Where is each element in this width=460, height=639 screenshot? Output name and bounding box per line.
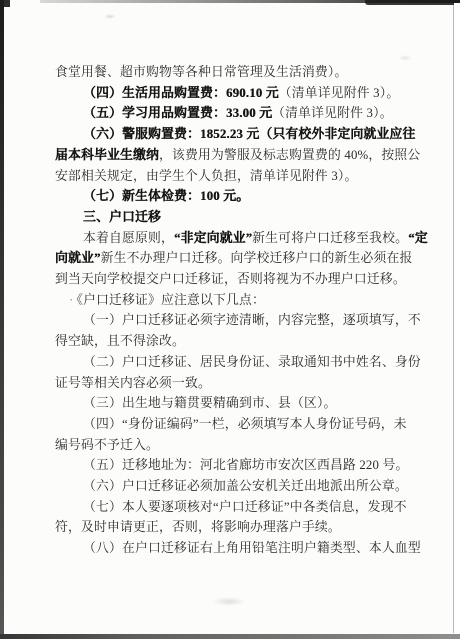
document-line: （五）迁移地址为：河北省廊坊市安次区西昌路 220 号。 [55,455,441,476]
text-segment: 三、户口迁移 [83,210,161,224]
text-segment: 安部相关规定，由学生个人负担，清单详见附件 3）。 [55,169,358,183]
scan-fold-line-right [453,5,454,633]
document-line: （八）在户口迁移证右上角用铅笔注明户籍类型、本人血型 [55,538,441,559]
document-line: （四）生活用品购置费：690.10 元（清单详见附件 3）。 [55,83,441,104]
scan-smudge [398,55,412,61]
text-segment: ，该费用为警服及标志购置费的 40%，按照公 [159,148,420,162]
document-line: 编号码不予迁入。 [55,435,441,456]
text-segment: （六）警服购置费：1852.23 元（只有校外非定向就业应往 [83,127,415,141]
document-line: 向就业”新生不办理户口迁移。向学校迁移户口的新生必须在报 [55,248,441,269]
document-line: 证号等相关内容必须一致。 [55,373,441,394]
text-segment: （清单详见附件 3）。 [279,86,400,100]
document-line: ·《户口迁移证》应注意以下几点： [55,290,441,311]
document-line: 本着自愿原则，“非定向就业”新生可将户口迁移至我校。“定 [55,228,441,249]
text-segment: （五）迁移地址为：河北省廊坊市安次区西昌路 220 号。 [83,458,409,472]
text-segment: （清单详见附件 3）。 [272,106,393,120]
document-line: （六）户口迁移证必须加盖公安机关迁出地派出所公章。 [55,476,441,497]
text-segment: 《户口迁移证》应注意以下几点： [76,293,265,307]
text-segment: （一）户口迁移证必须字迹清晰，内容完整，逐项填写，不 [83,313,421,327]
text-segment: （二）户口迁移证、居民身份证、录取通知书中姓名、身份 [83,355,421,369]
text-segment: （四）生活用品购置费：690.10 元 [83,86,279,100]
text-segment: 新生可将户口迁移至我校。 [252,231,408,245]
scan-smudge [104,14,116,19]
text-segment: “非定向就业” [174,231,252,245]
text-segment: 编号码不予迁入。 [55,438,159,452]
document-line: （七）新生体检费：100 元。 [55,186,441,207]
document-line: 三、户口迁移 [55,207,441,228]
document-line: （五）学习用品购置费：33.00 元（清单详见附件 3）。 [55,103,441,124]
document-line: 届本科毕业生缴纳，该费用为警服及标志购置费的 40%，按照公 [55,145,441,166]
text-segment: · [69,293,73,307]
document-line: （二）户口迁移证、居民身份证、录取通知书中姓名、身份 [55,352,441,373]
text-segment: 符，及时申请更正，否则，将影响办理落户手续。 [55,520,341,534]
document-line: （七）本人要逐项核对“户口迁移证”中各类信息，发现不 [55,497,441,518]
document-line: （三）出生地与籍贯要精确到市、县（区）。 [55,393,441,414]
text-segment: 新生不办理户口迁移。向学校迁移户口的新生必须在报 [101,251,413,265]
text-segment: 届本科毕业生缴纳 [55,148,159,162]
text-segment: （六）户口迁移证必须加盖公安机关迁出地派出所公章。 [83,479,408,493]
document-line: （一）户口迁移证必须字迹清晰，内容完整，逐项填写，不 [55,310,441,331]
document-line: 到当天向学校提交户口迁移证，否则将视为不办理户口迁移。 [55,269,441,290]
document-line: 食堂用餐、超市购物等各种日常管理及生活消费）。 [55,62,441,83]
scanned-document-screenshot: 食堂用餐、超市购物等各种日常管理及生活消费）。（四）生活用品购置费：690.10… [0,0,460,639]
text-segment: 到当天向学校提交户口迁移证，否则将视为不办理户口迁移。 [55,272,406,286]
document-line: 符，及时申请更正，否则，将影响办理落户手续。 [55,517,441,538]
text-segment: “定 [408,231,428,245]
scan-edge-left [0,0,4,639]
text-segment: （五）学习用品购置费：33.00 元 [83,106,272,120]
document-line: （六）警服购置费：1852.23 元（只有校外非定向就业应往 [55,124,441,145]
text-segment: 食堂用餐、超市购物等各种日常管理及生活消费）。 [55,65,348,79]
scan-edge-top-right-corner [365,0,460,5]
text-segment: （四）“身份证编码”一栏，必须填写本人身份证号码，未 [83,417,407,431]
document-line: （四）“身份证编码”一栏，必须填写本人身份证号码，未 [55,414,441,435]
document-line: 得空缺，且不得涂改。 [55,331,441,352]
document-text: 食堂用餐、超市购物等各种日常管理及生活消费）。（四）生活用品购置费：690.10… [55,62,441,559]
text-segment: （八）在户口迁移证右上角用铅笔注明户籍类型、本人血型 [83,541,421,555]
text-segment: （七）本人要逐项核对“户口迁移证”中各类信息，发现不 [83,500,407,514]
document-line: 安部相关规定，由学生个人负担，清单详见附件 3）。 [55,166,441,187]
text-segment: 本着自愿原则， [83,231,174,245]
scan-smudge [212,597,246,606]
text-segment: （三）出生地与籍贯要精确到市、县（区）。 [83,396,337,410]
scan-right-margin [454,3,460,634]
text-segment: 向就业” [55,251,101,265]
text-segment: 得空缺，且不得涂改。 [55,334,185,348]
scan-edge-bottom [0,634,460,639]
text-segment: 证号等相关内容必须一致。 [55,376,211,390]
text-segment: （七）新生体检费：100 元。 [83,189,249,203]
